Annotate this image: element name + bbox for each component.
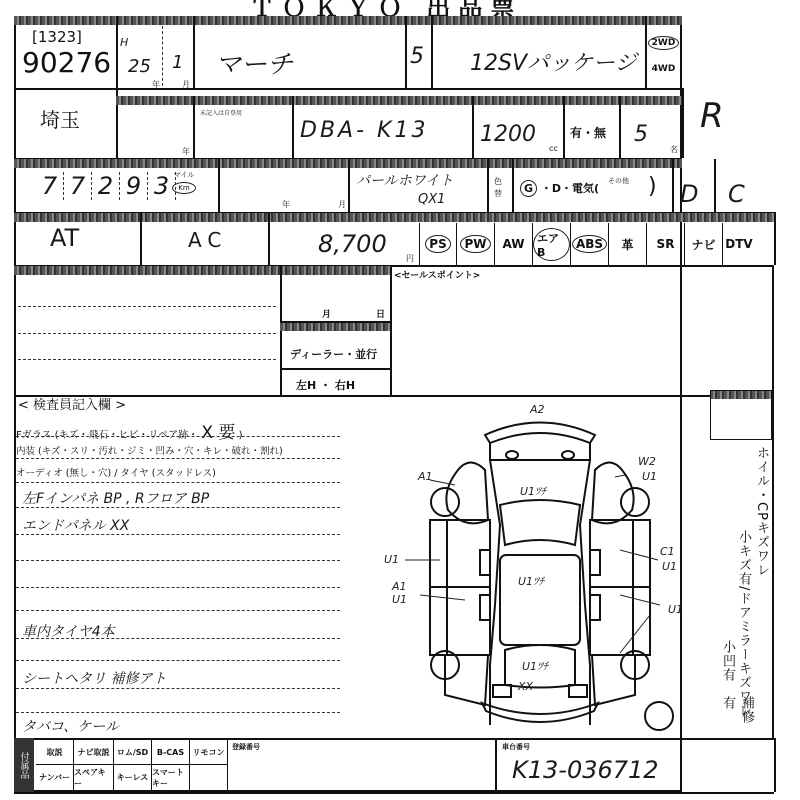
annotation-c1-u1: U1	[662, 560, 677, 573]
audio-tire-line: オーディオ (無し・穴) / タイヤ (スタッドレス)	[16, 465, 216, 479]
equip-leather: 革	[609, 223, 647, 265]
reg-day-label: 日	[376, 307, 385, 320]
drive-4wd: 4WD	[645, 64, 682, 74]
door-count: 5	[410, 44, 424, 69]
model-name: マーチ	[215, 44, 293, 81]
equip-airbag: エアB	[533, 223, 571, 265]
equip-aw: AW	[495, 223, 533, 265]
equip-navi: ナビ	[685, 223, 723, 265]
interior-line: 内装 (キズ・スリ・汚れ・ジミ・凹み・穴・キレ・破れ・割れ)	[16, 443, 283, 457]
mileage-digit: 2	[92, 172, 120, 200]
shaken-month-unit: 月	[338, 199, 346, 210]
mileage-digit: 7	[36, 172, 64, 200]
header-band-row2	[116, 96, 682, 105]
chassis-code: DBA- K13	[300, 118, 428, 143]
acc-rom-sd: ロム/SD	[114, 740, 152, 765]
acc-remote: リモコン	[190, 740, 228, 765]
date-divider	[162, 26, 163, 86]
chassis-number-label: 車台番号	[502, 742, 530, 752]
mileage-digit: 7	[64, 172, 92, 200]
header-band-row5	[14, 266, 392, 275]
remarks-line	[18, 333, 276, 334]
chassis-number: K13-036712	[512, 756, 659, 784]
mileage-digits: 7 7 2 9 3	[36, 172, 176, 200]
annotation-a1-left: A1	[391, 580, 407, 593]
mileage-unit-selector: マイル Km	[172, 170, 196, 194]
model-year: 25	[128, 56, 151, 77]
history-header-band	[280, 322, 390, 331]
equip-pw: PW	[457, 223, 495, 265]
annotation-right-front: U1	[668, 603, 683, 616]
annotation-rear-window: U1ﾂﾁ	[520, 485, 548, 498]
mileage-digit: 9	[120, 172, 148, 200]
annotation-a1: A1	[417, 470, 433, 483]
lot-number: 90276	[22, 46, 111, 79]
dealer-parallel-label: ディーラー・並行	[290, 346, 377, 362]
annotation-left-door: U1	[384, 553, 399, 566]
aircon: AC	[188, 228, 227, 252]
accessories-grid: 取説 ナビ取説 ロム/SD B-CAS リモコン ナンバー スペアキー キーレス…	[36, 740, 228, 790]
remarks-line	[18, 306, 276, 307]
car-damage-diagram: A2 A1 W2 U1 U1ﾂﾁ U1 C1 U1 U1ﾂﾁ A1 U1 U1 …	[370, 395, 710, 735]
acc-empty	[190, 765, 228, 790]
transmission: AT	[50, 224, 79, 252]
remarks-line	[18, 359, 276, 360]
unit-km: Km	[172, 182, 196, 194]
annotation-hood: U1ﾂﾁ	[522, 660, 550, 673]
registration-note: 未記入は自登用	[200, 108, 242, 117]
header-band-row1	[14, 16, 682, 25]
price: 8,700	[318, 230, 387, 258]
capacity-unit: 名	[670, 144, 678, 155]
annotation-u1-left: U1	[392, 593, 407, 606]
reg-month-label: 月	[322, 307, 331, 320]
interior-score: D	[680, 180, 698, 208]
fuel-type: G ・D・電気(	[520, 180, 599, 196]
equip-ps: PS	[420, 223, 457, 265]
seating-capacity: 5	[634, 122, 648, 147]
equip-abs: ABS	[571, 223, 609, 265]
annotation-roof: U1ﾂﾁ	[518, 575, 546, 588]
fuel-presence: 有・無	[570, 124, 606, 141]
inspector-header: < 検査員記入欄 >	[18, 394, 126, 413]
annotation-a2: A2	[529, 403, 545, 416]
fuel-close-paren: )	[648, 174, 657, 199]
equipment-options: PS PW AW エアB ABS 革 SR ナビ DTV	[419, 223, 774, 265]
reg-number-label: 登録番号	[232, 742, 260, 752]
fuel-gasoline-selected: G	[520, 180, 537, 197]
year-unit: 年	[152, 79, 160, 90]
overall-grade: R	[700, 96, 724, 136]
era-mark: H	[120, 36, 128, 49]
legend-wheel-cp: ホイル・CPキズワレ	[752, 446, 771, 736]
region-label: 埼玉	[40, 104, 80, 133]
annotation-bumper: XX	[517, 680, 534, 693]
drive-type-selector: 2WD 4WD	[645, 30, 682, 88]
color-code: QX1	[418, 192, 445, 207]
acc-manual: 取説	[36, 740, 74, 765]
header-band-equipment	[419, 213, 774, 222]
f-glass-mark: X 要	[201, 423, 235, 443]
acc-navi-manual: ナビ取説	[74, 740, 114, 765]
exterior-score: C	[728, 180, 745, 208]
displacement: 1200	[480, 122, 536, 147]
equip-sunroof: SR	[647, 223, 685, 265]
lot-code: [1323]	[32, 28, 82, 46]
annotation-w2: W2	[638, 455, 656, 468]
month-unit: 月	[182, 79, 190, 90]
inspector-note: 左Fインパネ BP , Rフロア BP	[22, 488, 209, 508]
region-box: 埼玉	[14, 88, 117, 158]
acc-spare-key: スペアキー	[74, 765, 114, 790]
acc-bcas: B-CAS	[152, 740, 190, 765]
displacement-unit: cc	[549, 144, 558, 153]
acc-number-plate: ナンバー	[36, 765, 74, 790]
fuel-other-label: その他	[608, 176, 629, 186]
unit-mile: マイル	[172, 170, 196, 180]
legend-small-dent: 小凹有	[718, 640, 737, 700]
price-unit: 円	[406, 253, 414, 264]
legend-repair: 補修有	[718, 696, 756, 736]
f-glass-line: Fガラス (キズ・飛石・ヒビ・リペア跡・ X 要 )	[16, 418, 242, 443]
handle-side-label: 左H ・ 右H	[296, 377, 355, 393]
inspector-note: タバコ、ケール	[22, 716, 119, 736]
shaken-year-unit: 年	[282, 199, 290, 210]
drive-2wd: 2WD	[648, 36, 680, 50]
inspector-note: シートヘタリ 補修アト	[22, 668, 166, 688]
annotation-c1: C1	[660, 545, 675, 558]
acc-smart-key: スマートキー	[152, 765, 190, 790]
model-month: 1	[172, 52, 183, 73]
acc-keyless: キーレス	[114, 765, 152, 790]
sales-point-header: <セールスポイント>	[394, 268, 480, 281]
annotation-u1: U1	[642, 470, 657, 483]
color-change-label: 色替	[494, 176, 504, 200]
reg-year-unit: 年	[182, 146, 190, 157]
accessories-label: 付属品	[14, 738, 34, 792]
color-name: パールホワイト	[356, 170, 453, 190]
equip-dtv: DTV	[723, 223, 755, 265]
legend-box	[710, 390, 772, 440]
inspector-note: エンドパネル XX	[22, 515, 129, 535]
grade-name: 12SVパッケージ	[470, 46, 637, 77]
